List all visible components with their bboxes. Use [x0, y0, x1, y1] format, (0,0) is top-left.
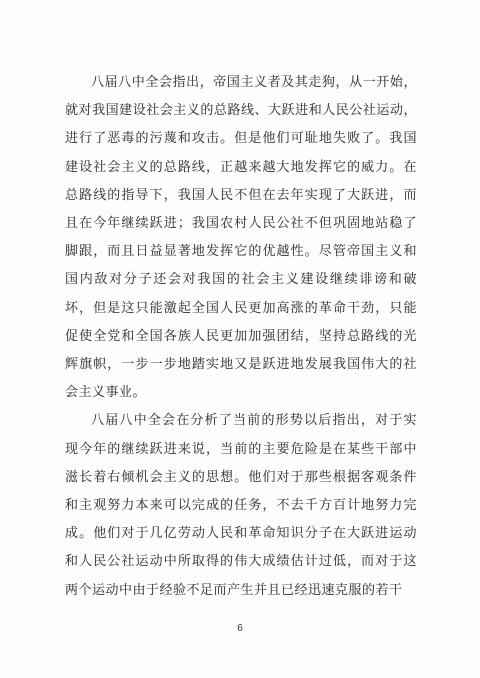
page-number: 6: [0, 623, 480, 634]
text-line: 滋长着右倾机会主义的思想。他们对于那些根据客观条件: [65, 463, 417, 491]
text-line: 辉旗帜，一步一步地踏实地又是跃进地发展我国伟大的社: [65, 350, 417, 378]
text-line: 两个运动中由于经验不足而产生并且已经迅速克服的若干: [65, 576, 417, 604]
text-line: 进行了恶毒的污蔑和攻击。但是他们可耻地失败了。我国: [65, 124, 417, 152]
text-line: 和主观努力本来可以完成的任务，不去千方百计地努力完: [65, 491, 417, 519]
text-line: 八届八中全会指出，帝国主义者及其走狗，从一开始，: [65, 68, 417, 96]
text-line: 总路线的指导下，我国人民不但在去年实现了大跃进，而: [65, 181, 417, 209]
document-text-block: 八届八中全会指出，帝国主义者及其走狗，从一开始，就对我国建设社会主义的总路线、大…: [65, 68, 417, 604]
text-line: 促使全党和全国各族人民更加加强团结，坚持总路线的光: [65, 322, 417, 350]
paragraph-2: 八届八中全会在分析了当前的形势以后指出，对于实现今年的继续跃进来说，当前的主要危…: [65, 406, 417, 603]
text-line: 脚跟，而且日益显著地发挥它的优越性。尽管帝国主义和: [65, 237, 417, 265]
text-line: 就对我国建设社会主义的总路线、大跃进和人民公社运动，: [65, 96, 417, 124]
text-line: 现今年的继续跃进来说，当前的主要危险是在某些干部中: [65, 435, 417, 463]
text-line: 和人民公社运动中所取得的伟大成绩估计过低，而对于这: [65, 547, 417, 575]
text-line: 成。他们对于几亿劳动人民和革命知识分子在大跃进运动: [65, 519, 417, 547]
text-line: 建设社会主义的总路线，正越来越大地发挥它的威力。在: [65, 153, 417, 181]
document-page: 八届八中全会指出，帝国主义者及其走狗，从一开始，就对我国建设社会主义的总路线、大…: [0, 0, 480, 678]
text-line: 会主义事业。: [65, 378, 417, 406]
text-line: 国内敌对分子还会对我国的社会主义建设继续诽谤和破: [65, 265, 417, 293]
text-line: 坏，但是这只能激起全国人民更加高涨的革命干劲，只能: [65, 294, 417, 322]
text-line: 且在今年继续跃进；我国农村人民公社不但巩固地站稳了: [65, 209, 417, 237]
paragraph-1: 八届八中全会指出，帝国主义者及其走狗，从一开始，就对我国建设社会主义的总路线、大…: [65, 68, 417, 406]
text-line: 八届八中全会在分析了当前的形势以后指出，对于实: [65, 406, 417, 434]
